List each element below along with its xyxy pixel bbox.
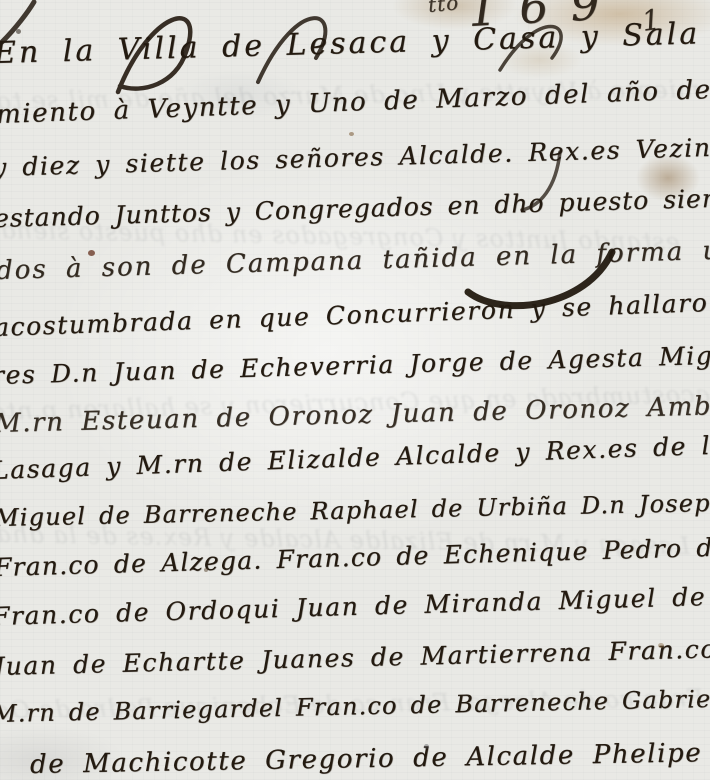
manuscript-line: y diez y siette los señores Alcalde. Rex… [0, 129, 710, 182]
ink-speck [349, 132, 354, 136]
ink-speck [16, 29, 21, 34]
manuscript-line: res D.n Juan de Echeverria Jorge de Ages… [0, 337, 710, 390]
manuscript-line: estando Junttos y Congregados en dho pue… [0, 180, 710, 233]
manuscript-line: En la Villa de Lesaca y Casa y Sala de s… [0, 10, 710, 71]
ink-speck [424, 744, 429, 749]
manuscript-line: Fran.co de Alzega. Fran.co de Echenique … [0, 529, 710, 582]
manuscript-line: Juan de Echartte Juanes de Martierrena F… [0, 632, 710, 681]
ink-speck [658, 643, 664, 648]
manuscript-line: M.rn de Barriegardel Fran.co de Barrenec… [0, 682, 710, 728]
superscript-mark: tto [427, 0, 460, 17]
manuscript-line: acostumbrada en que Concurrieron y se ha… [0, 284, 710, 342]
ink-speck [204, 568, 208, 572]
manuscript-line: de Machicotte Gregorio de Alcalde Phelip… [30, 738, 703, 780]
manuscript-line: Miguel de Barreneche Raphael de Urbiña D… [0, 486, 710, 532]
manuscript-line: miento à Veyntte y Uno de Marzo del año … [0, 69, 710, 130]
manuscript-page: miento à Veyntte y Uno de Marzo del año … [0, 0, 710, 780]
ink-speck [88, 250, 95, 256]
manuscript-line: Fran.co de Ordoqui Juan de Miranda Migue… [0, 578, 710, 631]
manuscript-line: dos à son de Campana tañida en la forma … [0, 234, 710, 286]
manuscript-line: M.rn Esteuan de Oronoz Juan de Oronoz Am… [0, 390, 710, 439]
